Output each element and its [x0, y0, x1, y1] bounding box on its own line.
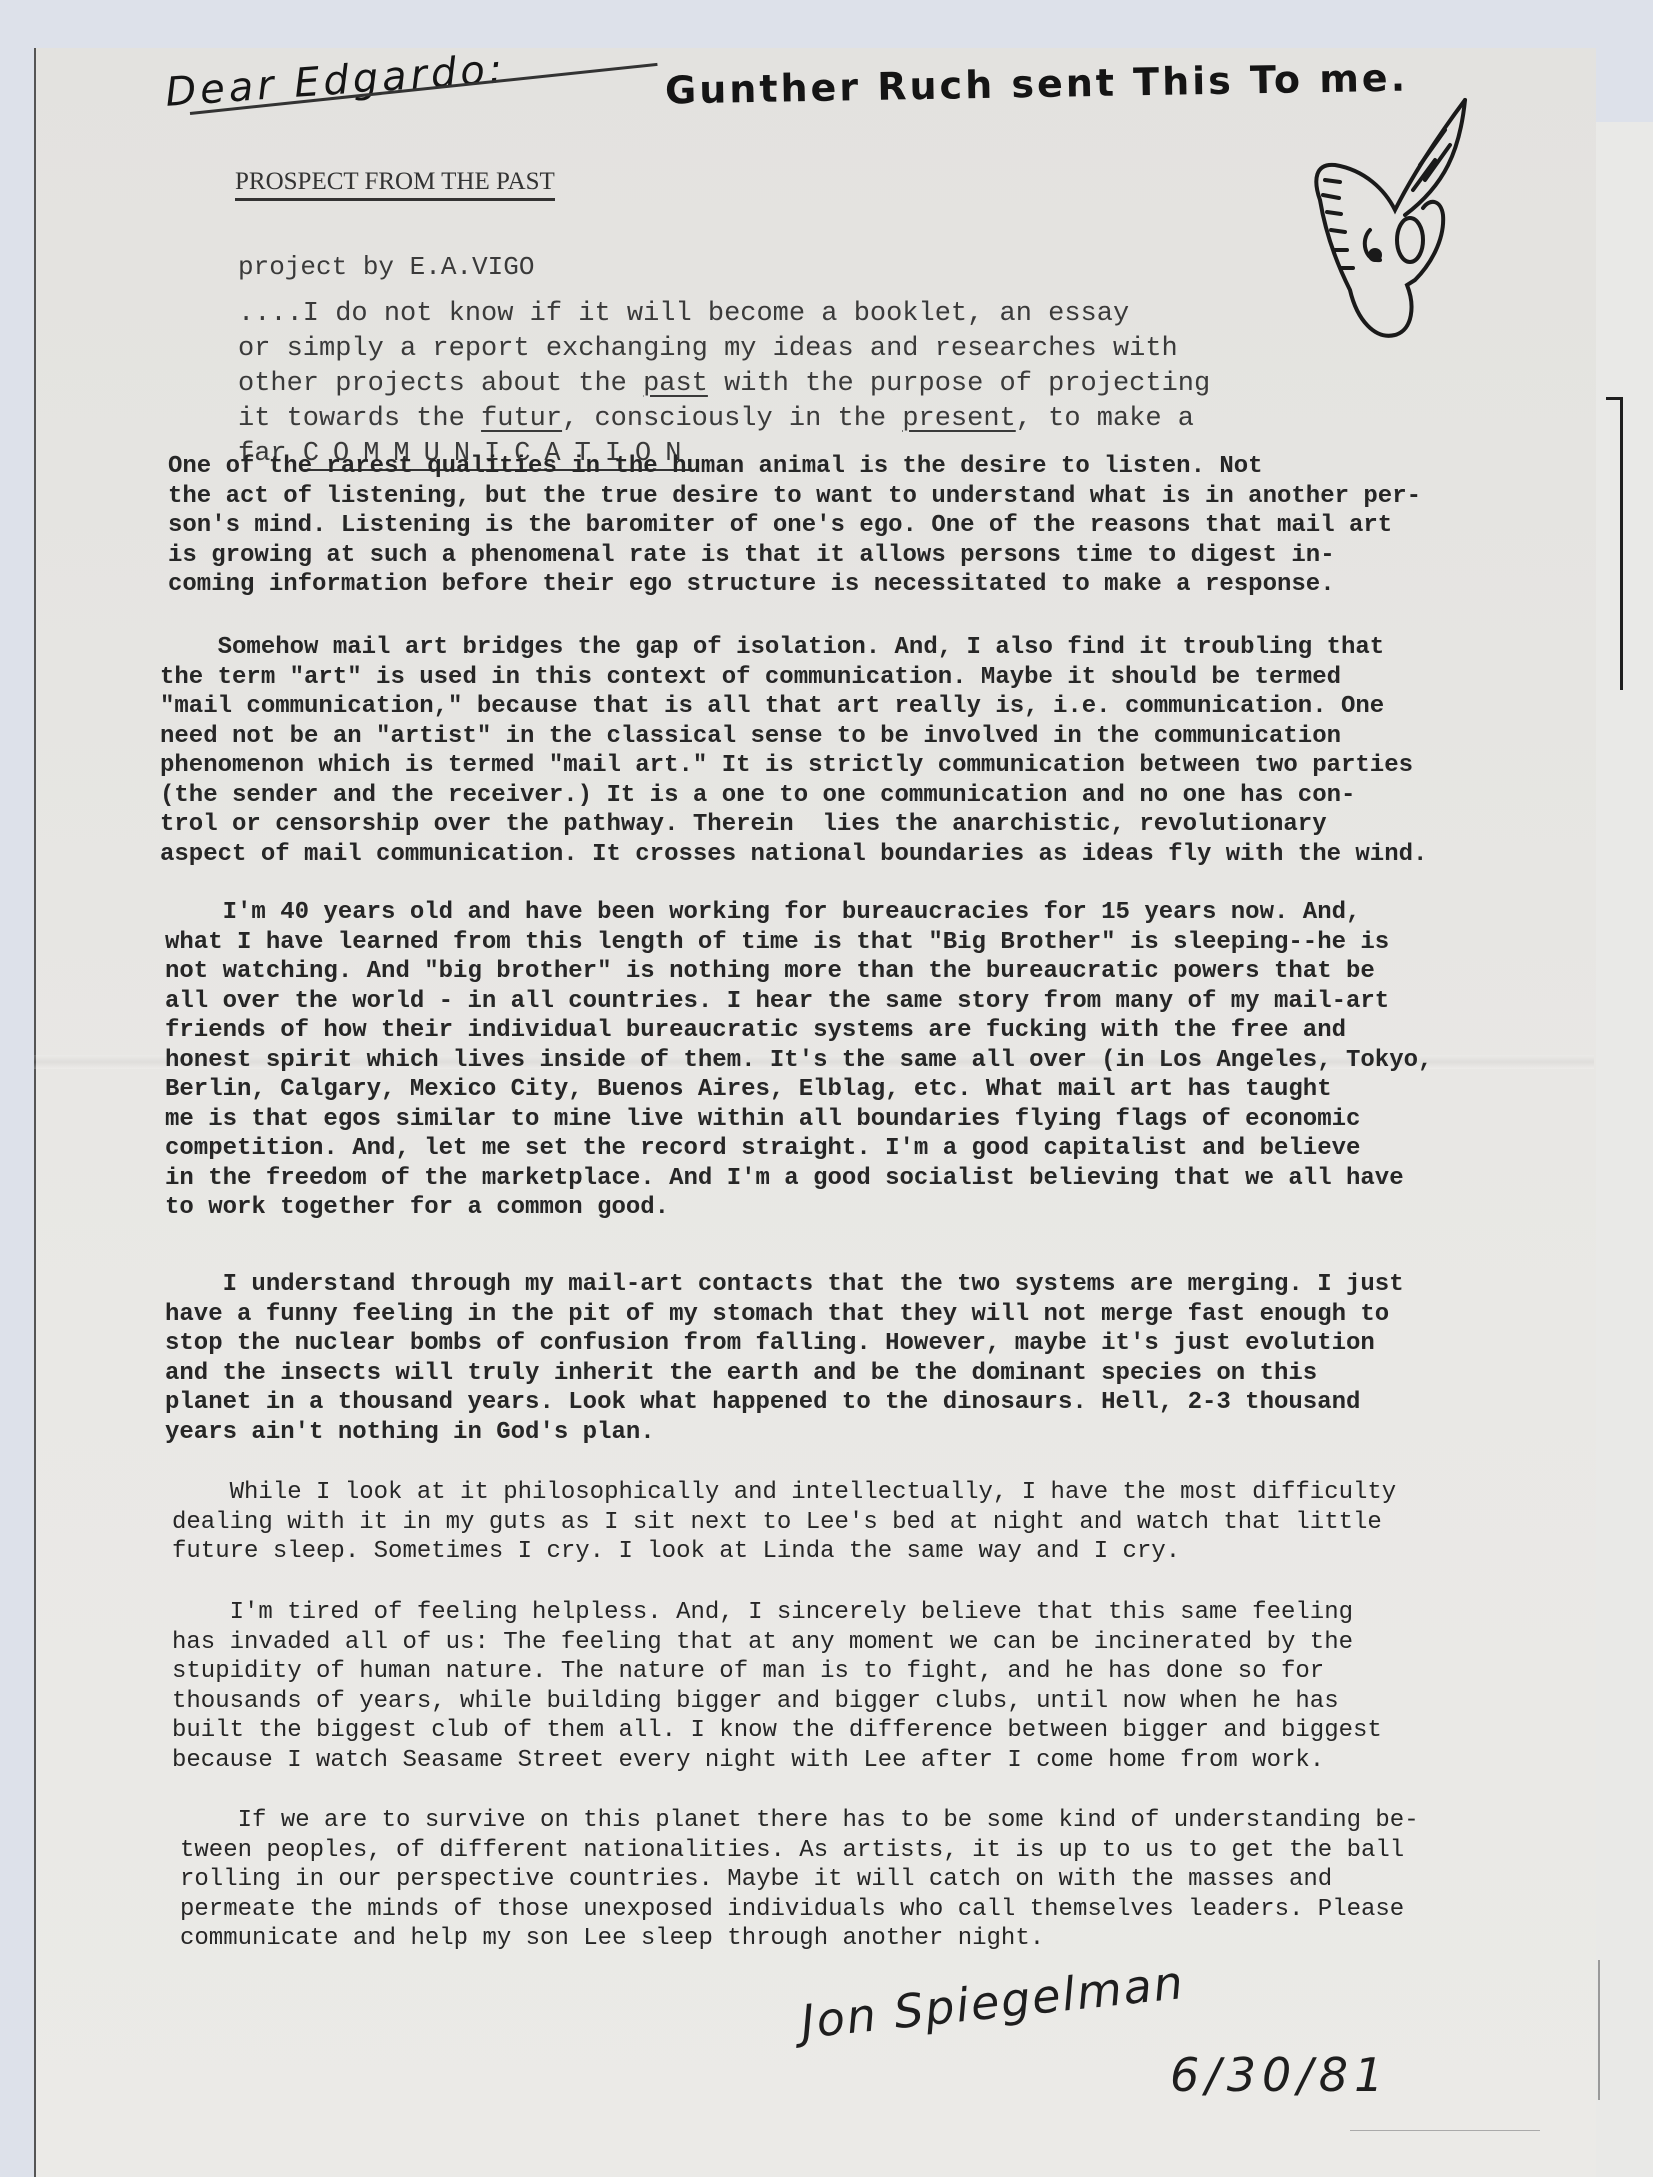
text: other projects about the: [238, 369, 643, 399]
underlined-word: present: [902, 404, 1015, 434]
intro-line: it towards the futur, consciously in the…: [238, 402, 1210, 437]
paragraph: While I look at it philosophically and i…: [172, 1478, 1552, 1567]
signature-date: 6/30/81: [1170, 2048, 1389, 2102]
paragraph: One of the rarest qualities in the human…: [168, 452, 1548, 600]
underlined-word: futur: [481, 404, 562, 434]
byline: project by E.A.VIGO: [238, 250, 1210, 285]
text: , consciously in the: [562, 404, 902, 434]
bracket-mark: [1606, 397, 1623, 690]
intro-block: project by E.A.VIGO....I do not know if …: [238, 250, 1210, 472]
intro-line: or simply a report exchanging my ideas a…: [238, 332, 1210, 367]
winged-head-drawing-icon: [1295, 90, 1475, 350]
divider: [1350, 2130, 1540, 2131]
edge-mark: [1598, 1960, 1600, 2100]
intro-line: ....I do not know if it will become a bo…: [238, 297, 1210, 332]
paragraph: I'm tired of feeling helpless. And, I si…: [172, 1598, 1552, 1775]
intro-line: other projects about the past with the p…: [238, 367, 1210, 402]
text: , to make a: [1016, 404, 1194, 434]
paragraph: If we are to survive on this planet ther…: [180, 1806, 1560, 1954]
underlined-word: past: [643, 369, 708, 399]
text: with the purpose of projecting: [708, 369, 1210, 399]
paragraph: Somehow mail art bridges the gap of isol…: [160, 633, 1540, 869]
paragraph: I understand through my mail-art contact…: [165, 1270, 1545, 1447]
text: it towards the: [238, 404, 481, 434]
document-title: PROSPECT FROM THE PAST: [235, 168, 555, 201]
paragraph: I'm 40 years old and have been working f…: [165, 898, 1545, 1223]
